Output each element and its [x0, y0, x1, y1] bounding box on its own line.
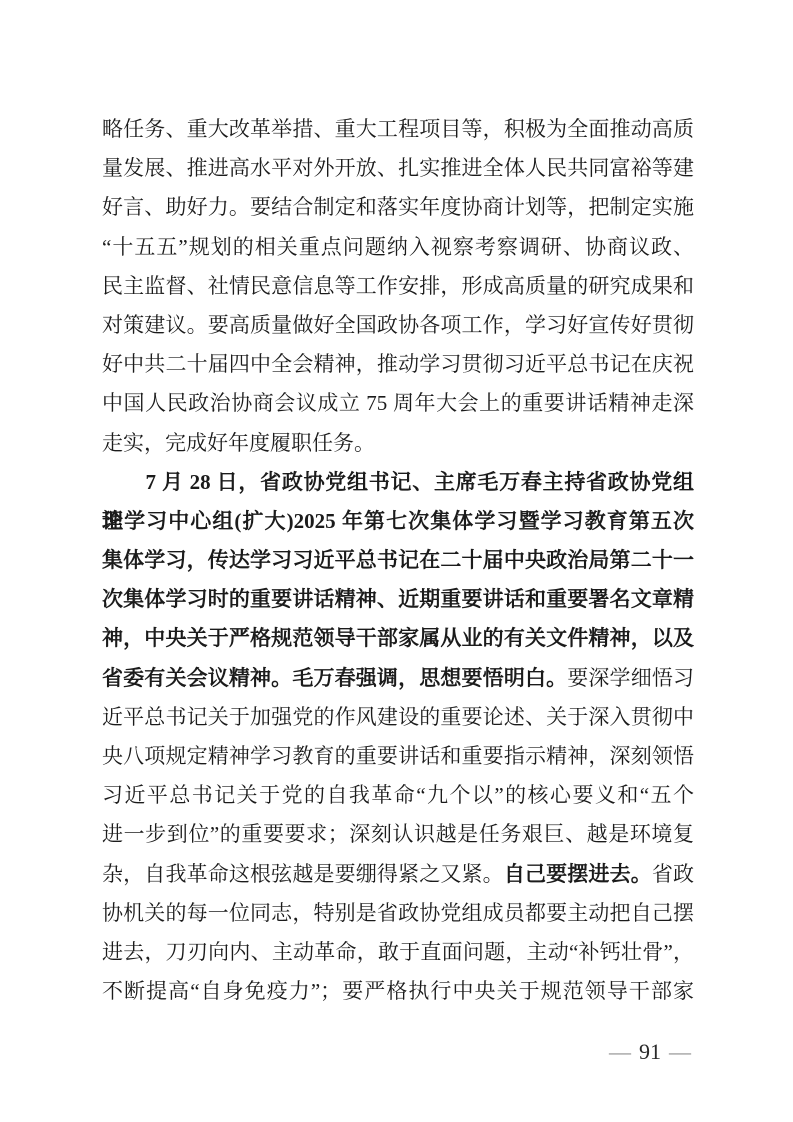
text-run: “十五五”规划的相关重点问题纳入视察考察调研、协商议政、	[102, 235, 694, 259]
page-number: 91	[639, 1040, 661, 1064]
bold-text-run: 省委有关会议精神。毛万春强调，思想要悟明白。	[102, 666, 567, 690]
text-line: 7 月 28 日，省政协党组书记、主席毛万春主持省政协党组理	[102, 463, 694, 502]
text-line: 量发展、推进高水平对外开放、扎实推进全体人民共同富裕等建	[102, 149, 694, 188]
text-line: 进一步到位”的重要要求；深刻认识越是任务艰巨、越是环境复	[102, 815, 694, 854]
text-line: 集体学习，传达学习习近平总书记在二十届中央政治局第二十一	[102, 541, 694, 580]
bold-text-run: 神，中央关于严格规范领导干部家属从业的有关文件精神，以及	[102, 626, 694, 650]
text-run: 进去，刀刃向内、主动革命，敢于直面问题，主动“补钙壮骨”，	[102, 940, 694, 964]
text-run: 好中共二十届四中全会精神，推动学习贯彻习近平总书记在庆祝	[102, 352, 694, 376]
text-line: 对策建议。要高质量做好全国政协各项工作，学习好宣传好贯彻	[102, 306, 694, 345]
text-line: 中国人民政治协商会议成立 75 周年大会上的重要讲话精神走深	[102, 384, 694, 423]
text-line: 略任务、重大改革举措、重大工程项目等，积极为全面推动高质	[102, 110, 694, 149]
body-text: 略任务、重大改革举措、重大工程项目等，积极为全面推动高质量发展、推进高水平对外开…	[102, 110, 694, 1011]
text-run: 不断提高“自身免疫力”；要严格执行中央关于规范领导干部家	[102, 979, 694, 1003]
text-line: 好中共二十届四中全会精神，推动学习贯彻习近平总书记在庆祝	[102, 345, 694, 384]
text-run: 走实，完成好年度履职任务。	[102, 431, 375, 455]
text-line: 省委有关会议精神。毛万春强调，思想要悟明白。要深学细悟习	[102, 659, 694, 698]
page-footer: — 91 —	[610, 1040, 690, 1064]
text-line: “十五五”规划的相关重点问题纳入视察考察调研、协商议政、	[102, 228, 694, 267]
text-run: 协机关的每一位同志，特别是省政协党组成员都要主动把自己摆	[102, 901, 694, 925]
text-run: 近平总书记关于加强党的作风建设的重要论述、关于深入贯彻中	[102, 705, 694, 729]
text-run: 央八项规定精神学习教育的重要讲话和重要指示精神，深刻领悟	[102, 744, 694, 768]
bold-text-run: 自己要摆进去。	[504, 862, 652, 886]
text-line: 走实，完成好年度履职任务。	[102, 424, 694, 463]
text-run: 进一步到位”的重要要求；深刻认识越是任务艰巨、越是环境复	[102, 822, 694, 846]
text-line: 习近平总书记关于党的自我革命“九个以”的核心要义和“五个	[102, 776, 694, 815]
text-line: 央八项规定精神学习教育的重要讲话和重要指示精神，深刻领悟	[102, 737, 694, 776]
bold-text-run: 集体学习，传达学习习近平总书记在二十届中央政治局第二十一	[102, 548, 694, 572]
text-line: 民主监督、社情民意信息等工作安排，形成高质量的研究成果和	[102, 267, 694, 306]
bold-text-run: 论学习中心组(扩大)2025 年第七次集体学习暨学习教育第五次	[102, 509, 694, 533]
text-run: 习近平总书记关于党的自我革命“九个以”的核心要义和“五个	[102, 783, 694, 807]
document-page: 略任务、重大改革举措、重大工程项目等，积极为全面推动高质量发展、推进高水平对外开…	[0, 0, 793, 1122]
bold-text-run: 次集体学习时的重要讲话精神、近期重要讲话和重要署名文章精	[102, 587, 694, 611]
text-run: 对策建议。要高质量做好全国政协各项工作，学习好宣传好贯彻	[102, 313, 694, 337]
text-line: 近平总书记关于加强党的作风建设的重要论述、关于深入贯彻中	[102, 698, 694, 737]
text-run: 略任务、重大改革举措、重大工程项目等，积极为全面推动高质	[102, 117, 694, 141]
text-run: 量发展、推进高水平对外开放、扎实推进全体人民共同富裕等建	[102, 156, 694, 180]
text-run: 好言、助好力。要结合制定和落实年度协商计划等，把制定实施	[102, 195, 694, 219]
text-line: 进去，刀刃向内、主动革命，敢于直面问题，主动“补钙壮骨”，	[102, 933, 694, 972]
text-line: 神，中央关于严格规范领导干部家属从业的有关文件精神，以及	[102, 619, 694, 658]
text-run: 中国人民政治协商会议成立 75 周年大会上的重要讲话精神走深	[102, 391, 694, 415]
text-line: 论学习中心组(扩大)2025 年第七次集体学习暨学习教育第五次	[102, 502, 694, 541]
footer-dash-left: —	[609, 1040, 631, 1064]
text-line: 不断提高“自身免疫力”；要严格执行中央关于规范领导干部家	[102, 972, 694, 1011]
text-run: 杂，自我革命这根弦越是要绷得紧之又紧。	[102, 862, 504, 886]
text-line: 协机关的每一位同志，特别是省政协党组成员都要主动把自己摆	[102, 894, 694, 933]
text-line: 次集体学习时的重要讲话精神、近期重要讲话和重要署名文章精	[102, 580, 694, 619]
text-run: 民主监督、社情民意信息等工作安排，形成高质量的研究成果和	[102, 274, 694, 298]
text-line: 杂，自我革命这根弦越是要绷得紧之又紧。自己要摆进去。省政	[102, 855, 694, 894]
text-run: 要深学细悟习	[567, 666, 694, 690]
text-run: 省政	[652, 862, 694, 886]
footer-dash-right: —	[669, 1040, 691, 1064]
text-line: 好言、助好力。要结合制定和落实年度协商计划等，把制定实施	[102, 188, 694, 227]
